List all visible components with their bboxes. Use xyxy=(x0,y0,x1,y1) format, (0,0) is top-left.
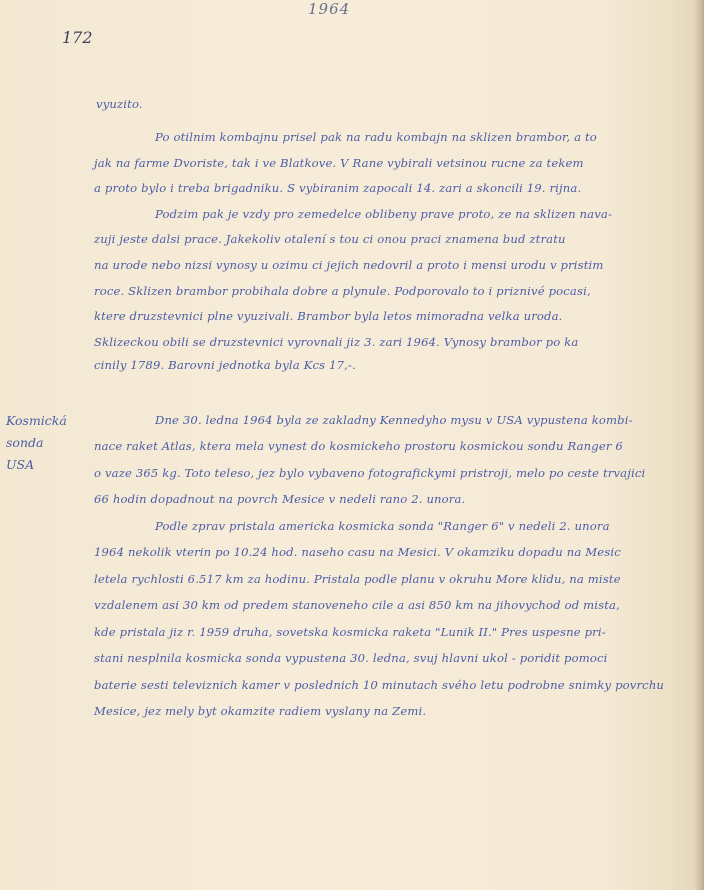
text-line: Podle zprav pristala americka kosmicka s… xyxy=(155,519,675,533)
text-line: vyuzito. xyxy=(96,97,676,111)
text-line: na urode nebo nizsi vynosy u ozimu ci je… xyxy=(94,258,674,272)
text-line: ktere druzstevnici plne vyuzivali. Bramb… xyxy=(94,309,674,323)
text-line: vzdalenem asi 30 km od predem stanoveneh… xyxy=(94,598,674,612)
text-line: kde pristala jiz r. 1959 druha, sovetska… xyxy=(94,625,674,639)
text-line: baterie sesti televiznich kamer v posled… xyxy=(94,678,674,692)
text-line: Podzim pak je vzdy pro zemedelce obliben… xyxy=(155,207,675,221)
text-line: zuji jeste dalsi prace. Jakekoliv otalen… xyxy=(94,232,674,246)
text-line: nace raket Atlas, ktera mela vynest do k… xyxy=(94,439,674,453)
margin-heading: Kosmická sonda USA xyxy=(6,410,106,476)
text-line: Mesice, jez mely byt okamzite radiem vys… xyxy=(94,704,674,718)
text-line: cinily 1789. Barovni jednotka byla Kcs 1… xyxy=(94,358,674,372)
text-line: Sklizeckou obili se druzstevnici vyrovna… xyxy=(94,335,674,349)
text-line: 1964 nekolik vterin po 10.24 hod. naseho… xyxy=(94,545,674,559)
page-number: 172 xyxy=(62,28,93,47)
text-line: a proto bylo i treba brigadniku. S vybir… xyxy=(94,181,674,195)
text-line: o vaze 365 kg. Toto teleso, jez bylo vyb… xyxy=(94,466,674,480)
text-line: roce. Sklizen brambor probihala dobre a … xyxy=(94,284,674,298)
margin-heading-line: Kosmická sonda xyxy=(6,410,106,454)
page-edge xyxy=(694,0,704,890)
text-line: letela rychlosti 6.517 km za hodinu. Pri… xyxy=(94,572,674,586)
text-line: Dne 30. ledna 1964 byla ze zakladny Kenn… xyxy=(155,413,675,427)
text-line: 66 hodin dopadnout na povrch Mesice v ne… xyxy=(94,492,674,506)
text-line: stani nesplnila kosmicka sonda vypustena… xyxy=(94,651,674,665)
text-line: Po otilnim kombajnu prisel pak na radu k… xyxy=(155,130,675,144)
text-line: jak na farme Dvoriste, tak i ve Blatkove… xyxy=(94,156,674,170)
document-page: 1964 172 vyuzito. Po otilnim kombajnu pr… xyxy=(0,0,704,890)
page-year: 1964 xyxy=(308,0,350,18)
margin-heading-line: USA xyxy=(6,454,106,476)
